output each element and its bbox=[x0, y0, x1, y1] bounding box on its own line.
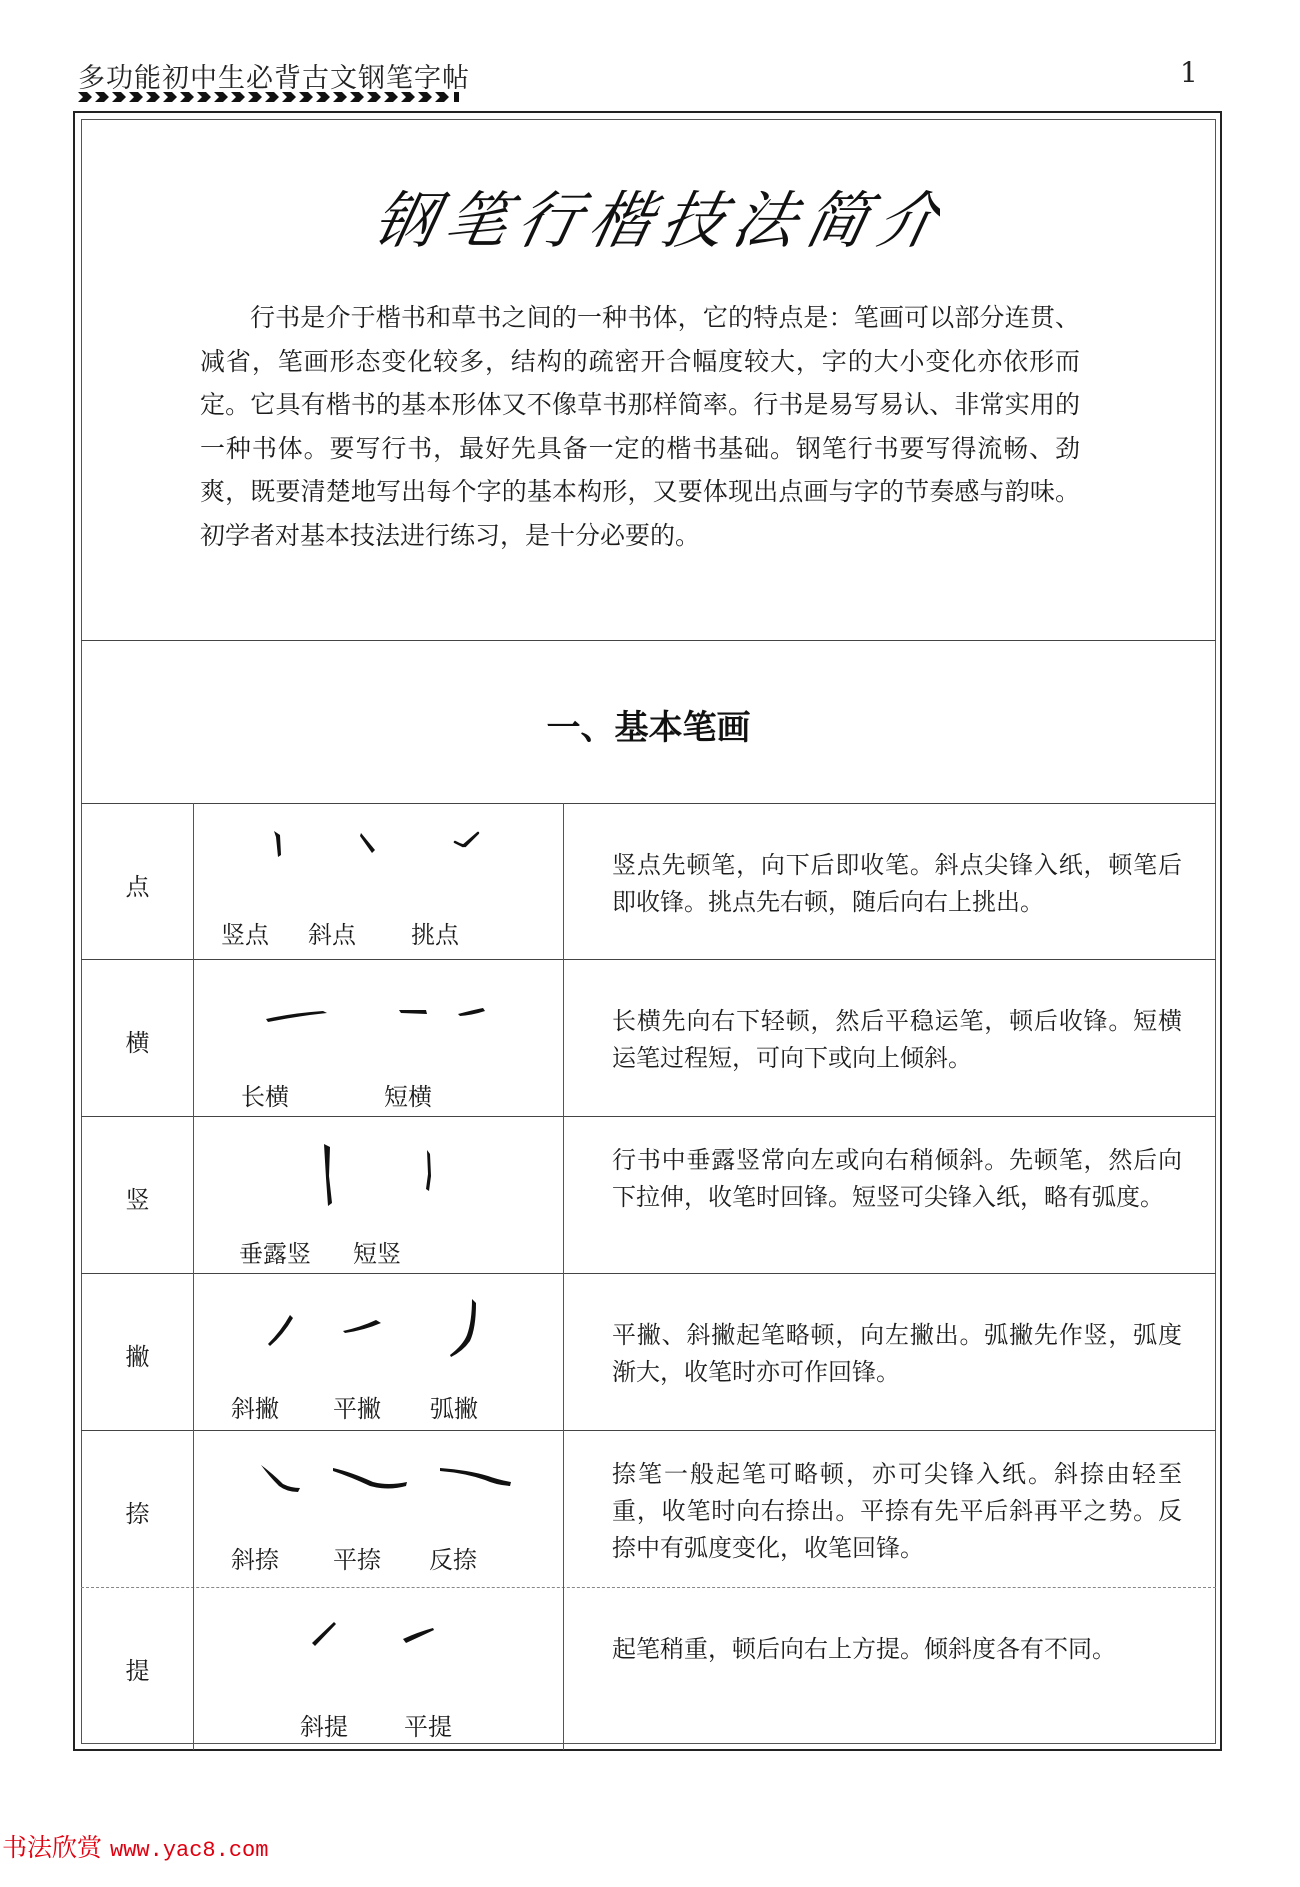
horizontal-strokes-icon bbox=[193, 959, 563, 1039]
table-row: 竖 垂露竖 短竖 行书中垂露竖常向左或向右稍倾斜。先顿笔，然后向下拉伸，收笔时回… bbox=[0, 1116, 1300, 1273]
stroke-example-label: 平撇 bbox=[333, 1389, 381, 1424]
table-row: 提 斜提 平提 起笔稍重，顿后向右上方提。倾斜度各有不同。 bbox=[0, 1587, 1300, 1750]
stroke-example-label: 平提 bbox=[404, 1707, 452, 1742]
vertical-strokes-icon bbox=[193, 1116, 563, 1216]
stroke-description: 捺笔一般起笔可略顿，亦可尖锋入纸。斜捺由轻至重，收笔时向右捺出。平捺有先平后斜再… bbox=[612, 1456, 1182, 1567]
stroke-examples-cell: 斜提 平提 bbox=[193, 1587, 563, 1750]
section-divider bbox=[81, 640, 1216, 641]
row-category-label: 横 bbox=[82, 1023, 193, 1058]
stroke-examples-cell: 垂露竖 短竖 bbox=[193, 1116, 563, 1273]
stroke-description: 竖点先顿笔，向下后即收笔。斜点尖锋入纸，顿笔后即收锋。挑点先右顿，随后向右上挑出… bbox=[612, 847, 1182, 921]
section-heading: 一、基本笔画 bbox=[81, 700, 1216, 749]
page-number: 1 bbox=[1180, 56, 1198, 89]
row-category-label: 点 bbox=[82, 867, 193, 902]
row-category-label: 撇 bbox=[82, 1337, 193, 1372]
stroke-example-label: 短横 bbox=[384, 1077, 432, 1112]
stroke-example-label: 短竖 bbox=[353, 1234, 401, 1269]
stroke-example-label: 垂露竖 bbox=[239, 1234, 311, 1269]
right-falling-strokes-icon bbox=[193, 1430, 563, 1510]
stroke-examples-cell: 斜捺 平捺 反捺 bbox=[193, 1430, 563, 1587]
row-category-label: 提 bbox=[82, 1651, 193, 1686]
table-row: 点 竖点 斜点 挑点 竖点先顿笔，向下后即收笔。斜点尖锋入纸，顿笔后即收锋。挑点… bbox=[0, 803, 1300, 959]
chevron-strip-decoration bbox=[78, 91, 463, 103]
stroke-example-label: 斜捺 bbox=[231, 1540, 279, 1575]
stroke-example-label: 斜撇 bbox=[231, 1389, 279, 1424]
intro-section: 行书是介于楷书和草书之间的一种书体，它的特点是：笔画可以部分连贯、减省，笔画形态… bbox=[200, 296, 1080, 557]
intro-paragraph: 行书是介于楷书和草书之间的一种书体，它的特点是：笔画可以部分连贯、减省，笔画形态… bbox=[200, 296, 1080, 557]
stroke-example-label: 挑点 bbox=[411, 915, 459, 950]
stroke-examples-cell: 竖点 斜点 挑点 bbox=[193, 803, 563, 959]
watermark-label: 书法欣赏 bbox=[2, 1833, 102, 1862]
stroke-description: 长横先向右下轻顿，然后平稳运笔，顿后收锋。短横运笔过程短，可向下或向上倾斜。 bbox=[612, 1003, 1182, 1077]
stroke-examples-cell: 斜撇 平撇 弧撇 bbox=[193, 1273, 563, 1430]
stroke-example-label: 平捺 bbox=[333, 1540, 381, 1575]
stroke-example-label: 弧撇 bbox=[430, 1389, 478, 1424]
stroke-example-label: 斜提 bbox=[300, 1707, 348, 1742]
stroke-description: 行书中垂露竖常向左或向右稍倾斜。先顿笔，然后向下拉伸，收笔时回锋。短竖可尖锋入纸… bbox=[612, 1142, 1182, 1216]
stroke-example-label: 竖点 bbox=[221, 915, 269, 950]
main-title-text: 钢笔行楷技法简介 bbox=[370, 185, 940, 257]
dot-strokes-icon bbox=[193, 803, 563, 883]
table-row: 横 长横 短横 长横先向右下轻顿，然后平稳运笔，顿后收锋。短横运笔过程短，可向下… bbox=[0, 959, 1300, 1116]
rising-strokes-icon bbox=[193, 1587, 563, 1667]
stroke-example-label: 斜点 bbox=[308, 915, 356, 950]
table-row: 捺 斜捺 平捺 反捺 捺笔一般起笔可略顿，亦可尖锋入纸。斜捺由轻至重，收笔时向右… bbox=[0, 1430, 1300, 1587]
stroke-description: 起笔稍重，顿后向右上方提。倾斜度各有不同。 bbox=[612, 1631, 1182, 1668]
stroke-examples-cell: 长横 短横 bbox=[193, 959, 563, 1116]
row-category-label: 捺 bbox=[82, 1494, 193, 1529]
watermark: 书法欣赏www.yac8.com bbox=[2, 1828, 268, 1864]
row-category-label: 竖 bbox=[82, 1180, 193, 1215]
table-row: 撇 斜撇 平撇 弧撇 平撇、斜撇起笔略顿，向左撇出。弧撇先作竖，弧度渐大，收笔时… bbox=[0, 1273, 1300, 1430]
running-title: 多功能初中生必背古文钢笔字帖 bbox=[78, 56, 470, 95]
watermark-url[interactable]: www.yac8.com bbox=[110, 1838, 268, 1863]
left-falling-strokes-icon bbox=[193, 1273, 563, 1373]
calligraphy-title-graphic: 钢笔行楷技法简介 bbox=[370, 170, 940, 270]
stroke-example-label: 反捺 bbox=[429, 1540, 477, 1575]
stroke-description: 平撇、斜撇起笔略顿，向左撇出。弧撇先作竖，弧度渐大，收笔时亦可作回锋。 bbox=[612, 1317, 1182, 1391]
stroke-example-label: 长横 bbox=[241, 1077, 289, 1112]
main-title: 钢笔行楷技法简介 bbox=[370, 170, 940, 270]
